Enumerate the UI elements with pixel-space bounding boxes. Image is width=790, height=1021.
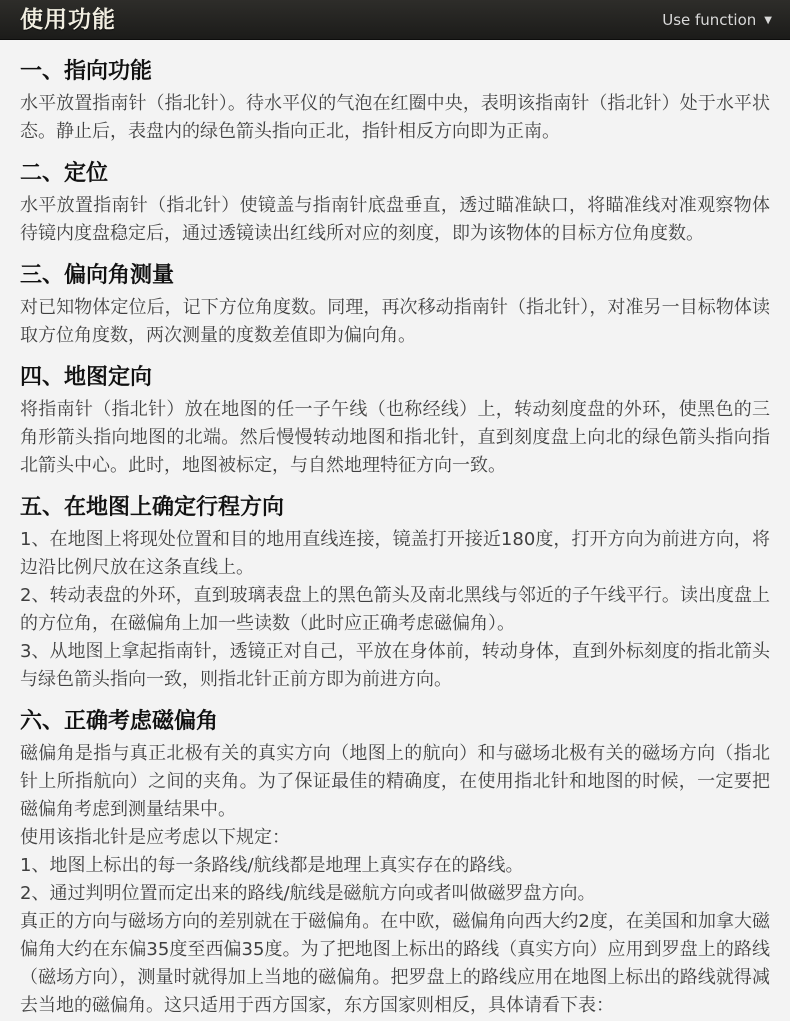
section-paragraph: 对已知物体定位后，记下方位角度数。同理，再次移动指南针（指北针），对准另一目标物… <box>20 294 770 350</box>
page-title: 使用功能 <box>20 0 116 40</box>
section-heading: 一、指向功能 <box>20 60 770 84</box>
section-paragraph: 水平放置指南针（指北针）。待水平仪的气泡在红圈中央，表明该指南针（指北针）处于水… <box>20 90 770 146</box>
section-declination-angle-measurement: 三、偏向角测量 对已知物体定位后，记下方位角度数。同理，再次移动指南针（指北针）… <box>20 264 770 350</box>
dropdown-label: Use function <box>662 11 756 29</box>
section-positioning: 二、定位 水平放置指南针（指北针）使镜盖与指南针底盘垂直，透过瞄准缺口，将瞄准线… <box>20 162 770 248</box>
section-paragraph: 2、通过判明位置而定出来的路线/航线是磁航方向或者叫做磁罗盘方向。 <box>20 880 770 908</box>
section-paragraph: 将指南针（指北针）放在地图的任一子午线（也称经线）上，转动刻度盘的外环，使黑色的… <box>20 396 770 480</box>
section-route-direction-on-map: 五、在地图上确定行程方向 1、在地图上将现处位置和目的地用直线连接，镜盖打开接近… <box>20 496 770 694</box>
use-function-dropdown[interactable]: Use function ▼ <box>662 11 772 29</box>
section-paragraph: 2、转动表盘的外环，直到玻璃表盘上的黑色箭头及南北黑线与邻近的子午线平行。读出度… <box>20 582 770 638</box>
section-header-bar: 使用功能 Use function ▼ <box>0 0 790 40</box>
section-heading: 六、正确考虑磁偏角 <box>20 710 770 734</box>
section-paragraph: 水平放置指南针（指北针）使镜盖与指南针底盘垂直，透过瞄准缺口，将瞄准线对准观察物… <box>20 192 770 248</box>
section-paragraph: 使用该指北针是应考虑以下规定： <box>20 824 770 852</box>
section-pointing-function: 一、指向功能 水平放置指南针（指北针）。待水平仪的气泡在红圈中央，表明该指南针（… <box>20 60 770 146</box>
section-magnetic-declination: 六、正确考虑磁偏角 磁偏角是指与真正北极有关的真实方向（地图上的航向）和与磁场北… <box>20 710 770 1020</box>
section-heading: 三、偏向角测量 <box>20 264 770 288</box>
section-heading: 四、地图定向 <box>20 366 770 390</box>
chevron-down-icon: ▼ <box>764 16 772 26</box>
product-usage-page: { "colors": { "page-bg": "#f3f3f3", "hea… <box>0 0 790 1021</box>
usage-instructions-content: 一、指向功能 水平放置指南针（指北针）。待水平仪的气泡在红圈中央，表明该指南针（… <box>0 60 790 1020</box>
section-map-orientation: 四、地图定向 将指南针（指北针）放在地图的任一子午线（也称经线）上，转动刻度盘的… <box>20 366 770 480</box>
section-paragraph: 1、地图上标出的每一条路线/航线都是地理上真实存在的路线。 <box>20 852 770 880</box>
section-paragraph: 磁偏角是指与真正北极有关的真实方向（地图上的航向）和与磁场北极有关的磁场方向（指… <box>20 740 770 824</box>
section-paragraph: 1、在地图上将现处位置和目的地用直线连接，镜盖打开接近180度，打开方向为前进方… <box>20 526 770 582</box>
section-heading: 二、定位 <box>20 162 770 186</box>
section-heading: 五、在地图上确定行程方向 <box>20 496 770 520</box>
section-paragraph: 3、从地图上拿起指南针，透镜正对自己，平放在身体前，转动身体，直到外标刻度的指北… <box>20 638 770 694</box>
section-paragraph: 真正的方向与磁场方向的差别就在于磁偏角。在中欧，磁偏角向西大约2度，在美国和加拿… <box>20 908 770 1020</box>
